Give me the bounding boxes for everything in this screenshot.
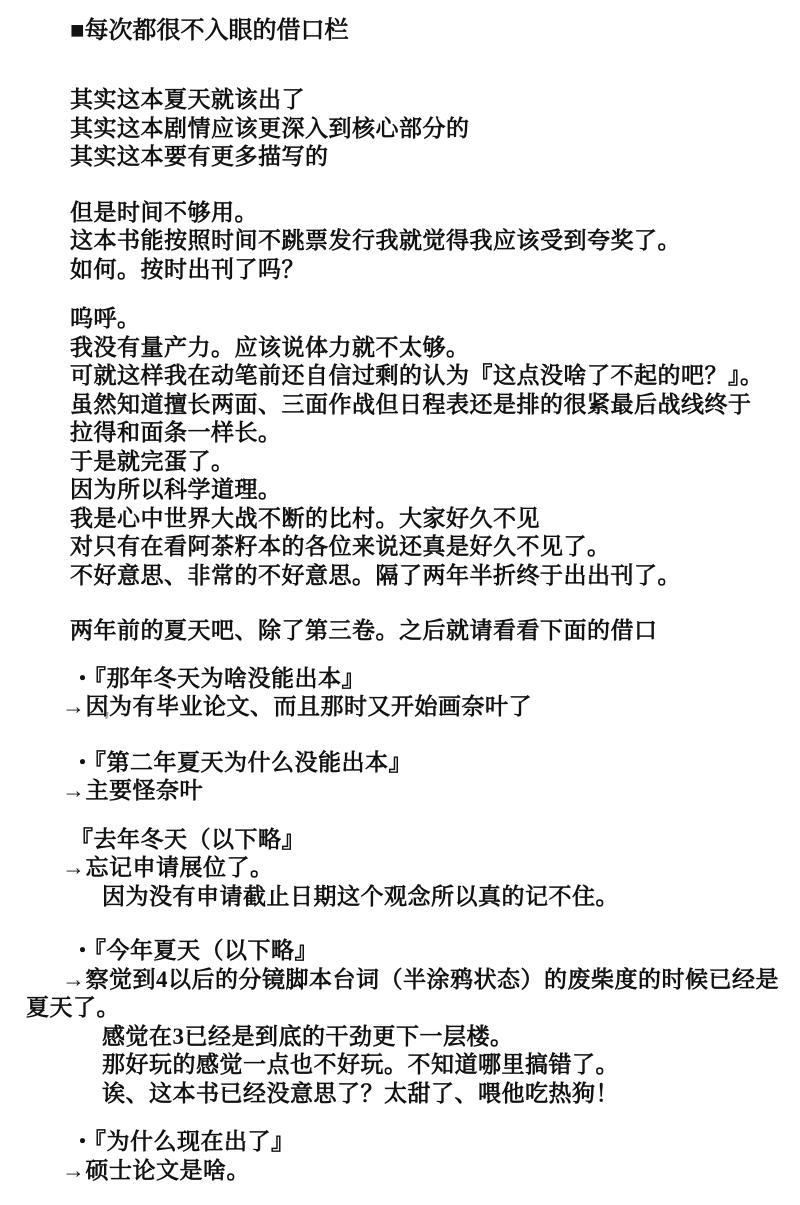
- sub-line: 那好玩的感觉一点也不好玩。不知道哪里搞错了。: [0, 1051, 800, 1080]
- bullet-line: ・『为什么现在出了』: [0, 1128, 800, 1157]
- arrow-line: →因为有毕业论文、而且那时又开始画奈叶了: [0, 693, 800, 722]
- excuse-item-this-summer: ・『今年夏天（以下略』 →察觉到4以后的分镜脚本台词（半涂鸦状态）的废柴度的时候…: [0, 937, 800, 1108]
- bullet-line: ・『第二年夏天为什么没能出本』: [0, 749, 800, 778]
- arrow-line: →察觉到4以后的分镜脚本台词（半涂鸦状态）的废柴度的时候已经是: [0, 966, 800, 995]
- text-line: 我是心中世界大战不断的比村。大家好久不见: [0, 505, 800, 534]
- text-line: 不好意思、非常的不好意思。隔了两年半折终于出出刊了。: [0, 562, 800, 591]
- afterword-page: ■每次都很不入眼的借口栏 其实这本夏天就该出了 其实这本剧情应该更深入到核心部分…: [0, 0, 800, 1205]
- text-line: 因为所以科学道理。: [0, 476, 800, 505]
- sub-line: 感觉在3已经是到底的干劲更下一层楼。: [0, 1023, 800, 1052]
- excuse-item-winter-that-year: ・『那年冬天为啥没能出本』 →因为有毕业论文、而且那时又开始画奈叶了: [0, 665, 800, 722]
- text-line: 拉得和面条一样长。: [0, 419, 800, 448]
- text-line: 可就这样我在动笔前还自信过剩的认为『这点没啥了不起的吧？』。: [0, 362, 800, 391]
- wrap-line: 夏天了。: [0, 994, 800, 1023]
- arrow-line: →主要怪奈叶: [0, 777, 800, 806]
- text-line: 这本书能按照时间不跳票发行我就觉得我应该受到夸奖了。: [0, 227, 800, 256]
- text-line: 如何。按时出刊了吗？: [0, 256, 800, 285]
- excuse-item-second-summer: ・『第二年夏天为什么没能出本』 →主要怪奈叶: [0, 749, 800, 806]
- text-line: 对只有在看阿茶籽本的各位来说还真是好久不见了。: [0, 533, 800, 562]
- page-title: ■每次都很不入眼的借口栏: [0, 16, 800, 46]
- paragraph-should-have: 其实这本夏天就该出了 其实这本剧情应该更深入到核心部分的 其实这本要有更多描写的: [0, 86, 800, 172]
- text-line: 两年前的夏天吧、除了第三卷。之后就请看看下面的借口: [0, 617, 800, 646]
- paragraph-no-time: 但是时间不够用。 这本书能按照时间不跳票发行我就觉得我应该受到夸奖了。 如何。按…: [0, 199, 800, 285]
- excuse-item-why-now: ・『为什么现在出了』 →硕士论文是啥。: [0, 1128, 800, 1185]
- bullet-line: ・『今年夏天（以下略』: [0, 937, 800, 966]
- bullet-line: ・『那年冬天为啥没能出本』: [0, 665, 800, 694]
- text-line: 于是就完蛋了。: [0, 448, 800, 477]
- paragraph-intro-excuses: 两年前的夏天吧、除了第三卷。之后就请看看下面的借口: [0, 617, 800, 646]
- text-line: 我没有量产力。应该说体力就不太够。: [0, 334, 800, 363]
- text-line: 其实这本要有更多描写的: [0, 143, 800, 172]
- paragraph-apology: 呜呼。 我没有量产力。应该说体力就不太够。 可就这样我在动笔前还自信过剩的认为『…: [0, 305, 800, 590]
- arrow-line: →硕士论文是啥。: [0, 1157, 800, 1186]
- text-line: 但是时间不够用。: [0, 199, 800, 228]
- bullet-line: 『去年冬天（以下略』: [0, 826, 800, 855]
- text-line: 呜呼。: [0, 305, 800, 334]
- text-line: 其实这本剧情应该更深入到核心部分的: [0, 115, 800, 144]
- excuse-item-last-winter: 『去年冬天（以下略』 →忘记申请展位了。 因为没有申请截止日期这个观念所以真的记…: [0, 826, 800, 912]
- text-line: 其实这本夏天就该出了: [0, 86, 800, 115]
- sub-line: 因为没有申请截止日期这个观念所以真的记不住。: [0, 883, 800, 912]
- sub-line: 诶、这本书已经没意思了？太甜了、喂他吃热狗！: [0, 1080, 800, 1109]
- arrow-line: →忘记申请展位了。: [0, 854, 800, 883]
- text-line: 虽然知道擅长两面、三面作战但日程表还是排的很紧最后战线终于: [0, 391, 800, 420]
